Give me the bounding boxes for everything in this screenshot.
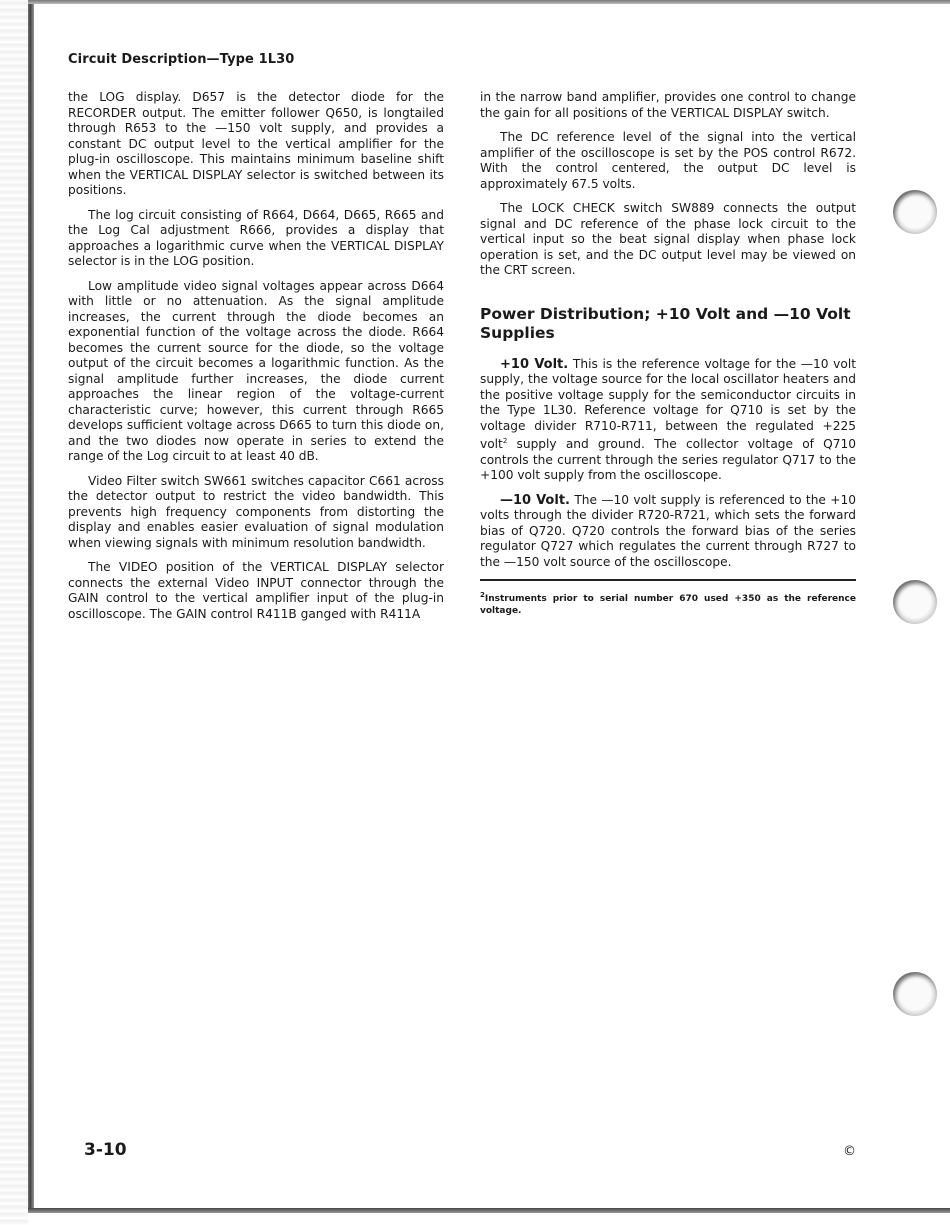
plus10-paragraph: +10 Volt. This is the reference voltage … [480,357,856,484]
punch-hole [893,580,937,624]
paragraph: The log circuit consisting of R664, D664… [68,208,444,270]
paragraph: Low amplitude video signal voltages appe… [68,279,444,465]
paragraph: The VIDEO position of the VERTICAL DISPL… [68,560,444,622]
scan-margin [0,0,28,1225]
footnote-rule [480,579,856,581]
page-edge-left [28,4,34,1209]
punch-hole [893,972,937,1016]
paragraph: the LOG display. D657 is the detector di… [68,90,444,199]
page-edge-top [28,0,950,4]
paragraph-text: supply and ground. The collector voltage… [480,437,856,482]
page-edge-bottom [28,1208,950,1213]
paragraph: The LOCK CHECK switch SW889 connects the… [480,201,856,279]
paragraph: The DC reference level of the signal int… [480,130,856,192]
running-head: Circuit Description—Type 1L30 [68,52,294,67]
section-heading: Power Distribution; +10 Volt and —10 Vol… [480,305,856,343]
run-in-heading: +10 Volt. [500,357,568,372]
footnote: 2Instruments prior to serial number 670 … [480,589,856,617]
paragraph: in the narrow band amplifier, provides o… [480,90,856,121]
paragraph: Video Filter switch SW661 switches capac… [68,474,444,552]
right-column: in the narrow band amplifier, provides o… [480,90,856,617]
run-in-heading: —10 Volt. [500,493,570,508]
left-column: the LOG display. D657 is the detector di… [68,90,444,631]
minus10-paragraph: —10 Volt. The —10 volt supply is referen… [480,493,856,571]
footnote-text: Instruments prior to serial number 670 u… [480,594,856,616]
copyright-mark: © [843,1144,856,1159]
punch-hole [893,190,937,234]
page-number: 3-10 [84,1140,127,1160]
